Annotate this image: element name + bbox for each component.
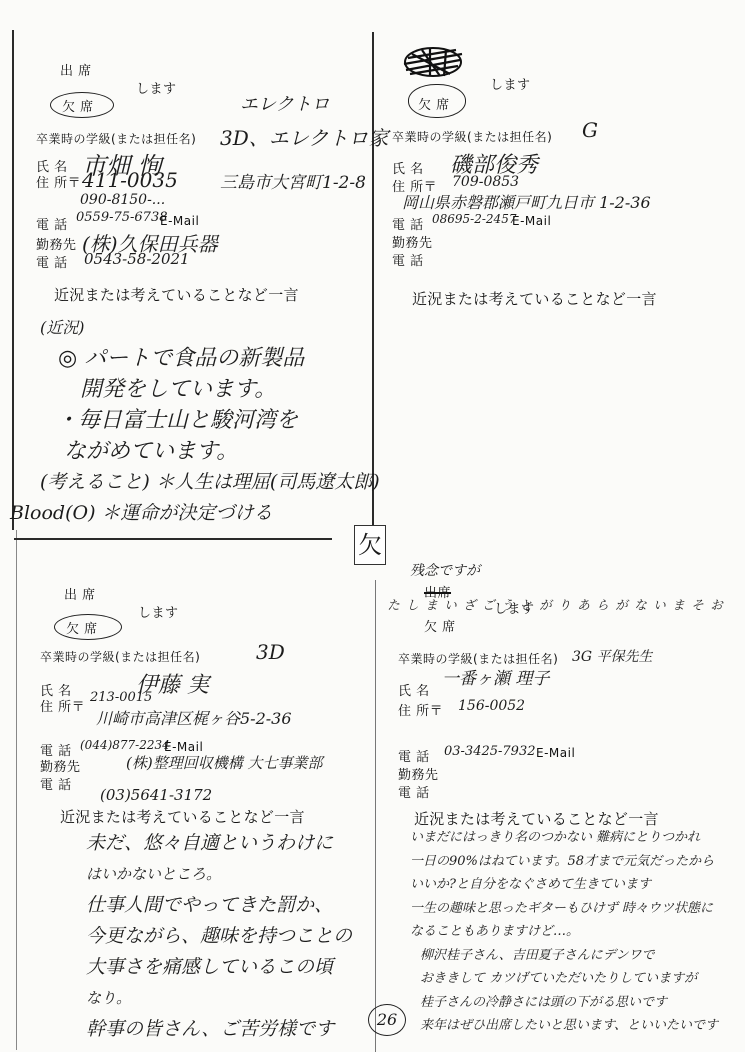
comment-line: 柳沢桂子さん、吉田夏子さんにデンワで	[410, 944, 718, 968]
class-value: 3D、エレクトロ家	[220, 122, 388, 151]
work-phone-label: 電 話	[392, 250, 424, 269]
absent-label: 欠 席	[62, 96, 94, 115]
address-label: 住 所〒	[40, 696, 85, 715]
postal-value: 709-0853	[452, 174, 519, 190]
workplace-value: (株)整理回収機構 大七事業部	[126, 752, 322, 773]
comment-line: Blood(O) ＊運命が決定づける	[10, 498, 380, 529]
address-value: 川崎市高津区梶ヶ谷5-2-36	[96, 706, 292, 729]
workplace-label: 勤務先	[398, 764, 439, 783]
comment-line: 来年はぜひ出席したいと思います、といいたいです	[410, 1014, 718, 1038]
bleed-through-text	[400, 322, 505, 350]
comment-line: はいかないところ。	[86, 859, 352, 890]
work-phone-label: 電 話	[40, 774, 72, 793]
class-note-upper: エレクトロ	[240, 90, 330, 116]
name-value: 一番ヶ瀬 理子	[442, 664, 549, 689]
scribbled-out-attend-mark	[400, 44, 466, 80]
comment-line: 一日の90%はねています。58才まで元気だったから	[410, 850, 718, 874]
comment-line: 未だ、悠々自適というわけに	[86, 828, 352, 859]
work-phone-value: (03)5641-3172	[100, 786, 212, 804]
page-number: 26	[368, 1004, 406, 1036]
comment-body: いまだにはっきり名のつかない 難病にとりつかれ 一日の90%はねています。58才…	[410, 826, 718, 1038]
address-value: 岡山県赤磐郡瀬戸町九日市 1-2-36	[402, 190, 651, 213]
comment-line: 今更ながら、趣味を持つことの	[86, 921, 352, 952]
will-label: します	[136, 78, 177, 97]
workplace-label: 勤務先	[36, 234, 77, 253]
phone-value: 03-3425-7932	[444, 744, 536, 759]
comment-body: (近況) ◎ パートで食品の新製品 開発をしています。 ・毎日富士山と駿河湾を …	[40, 312, 380, 529]
phone-value: 08695-2-2457	[432, 212, 516, 226]
side-note: おそまいながらありがとうございました	[708, 598, 724, 612]
attendance-note: 残念ですが	[410, 560, 480, 580]
class-label: 卒業時の学級(または担任名)	[40, 648, 200, 665]
work-phone-label: 電 話	[36, 252, 68, 271]
absent-label: 欠 席	[418, 94, 450, 113]
phone-label: 電 話	[392, 214, 424, 233]
comment-line: なることもありますけど…。	[410, 920, 718, 944]
postal-value: 213-0015	[90, 690, 152, 705]
comment-line: 桂子さんの冷静さには頭の下がる思いです	[410, 991, 718, 1015]
class-label: 卒業時の学級(または担任名)	[36, 130, 196, 147]
workplace-label: 勤務先	[392, 232, 433, 251]
horizontal-divider	[14, 538, 332, 540]
comment-heading: 近況または考えていることなど一言	[412, 288, 657, 309]
postal-value: 156-0052	[458, 698, 525, 714]
workplace-label: 勤務先	[40, 756, 81, 775]
address-label: 住 所〒	[36, 172, 81, 191]
attend-label: 出 席	[60, 60, 92, 79]
comment-line: いまだにはっきり名のつかない 難病にとりつかれ	[410, 826, 718, 850]
work-phone-value: 0543-58-2021	[84, 250, 190, 268]
comment-line: おききして カツげていただいたりしていますが	[410, 967, 718, 991]
name-label: 氏 名	[398, 680, 430, 699]
attend-label: 出 席	[64, 584, 96, 603]
postal-value: 411-0035	[82, 168, 178, 192]
email-label: E-Mail	[160, 214, 199, 228]
comment-line: ・毎日富士山と駿河湾を	[40, 405, 380, 436]
comment-line: ◎ パートで食品の新製品	[40, 343, 380, 374]
class-value: 3D	[256, 640, 285, 664]
comment-heading: 近況または考えていることなど一言	[54, 284, 299, 305]
absent-label: 欠 席	[66, 618, 98, 637]
phone-value: (044)877-2234	[80, 738, 170, 752]
comment-line: 幹事の皆さん、ご苦労様です	[86, 1014, 352, 1045]
phone-label: 電 話	[398, 746, 430, 765]
comment-body: 未だ、悠々自適というわけに はいかないところ。 仕事人間でやってきた罰か、 今更…	[86, 828, 352, 1045]
class-label: 卒業時の学級(または担任名)	[392, 128, 552, 145]
phone-alt-value: 090-8150-...	[80, 192, 165, 208]
comment-line: ながめています。	[40, 436, 380, 467]
address-value: 三島市大宮町1-2-8	[220, 168, 366, 193]
comment-line: なり。	[86, 983, 352, 1014]
comment-heading: 近況または考えていることなど一言	[60, 806, 305, 827]
comment-line: 仕事人間でやってきた罰か、	[86, 890, 352, 921]
class-value: G	[582, 118, 598, 142]
comment-line: (考えること) ＊人生は理屈(司馬遼太郎)	[40, 467, 380, 498]
absent-label: 欠 席	[424, 616, 456, 635]
class-value: 3G 平保先生	[572, 646, 653, 666]
comment-line: いいか?と自分をなぐさめて生きています	[410, 873, 718, 897]
left-margin-line	[12, 30, 14, 530]
phone-value: 0559-75-6738	[76, 210, 168, 225]
comment-line: 一生の趣味と思ったギターもひけず 時々ウツ状態に	[410, 897, 718, 921]
will-label: します	[138, 602, 179, 621]
left-margin-line-lower	[16, 530, 17, 1050]
address-label: 住 所〒	[398, 700, 443, 719]
phone-label: 電 話	[36, 214, 68, 233]
comment-line: 開発をしています。	[40, 374, 380, 405]
absent-stamp: 欠	[354, 525, 386, 565]
center-divider-bottom	[375, 580, 376, 1052]
will-label: します	[490, 74, 531, 93]
email-label: E-Mail	[512, 214, 551, 228]
work-phone-label: 電 話	[398, 782, 430, 801]
comment-line: (近況)	[40, 312, 380, 343]
name-label: 氏 名	[392, 158, 424, 177]
email-label: E-Mail	[536, 746, 575, 760]
comment-line: 大事さを痛感しているこの頃	[86, 952, 352, 983]
